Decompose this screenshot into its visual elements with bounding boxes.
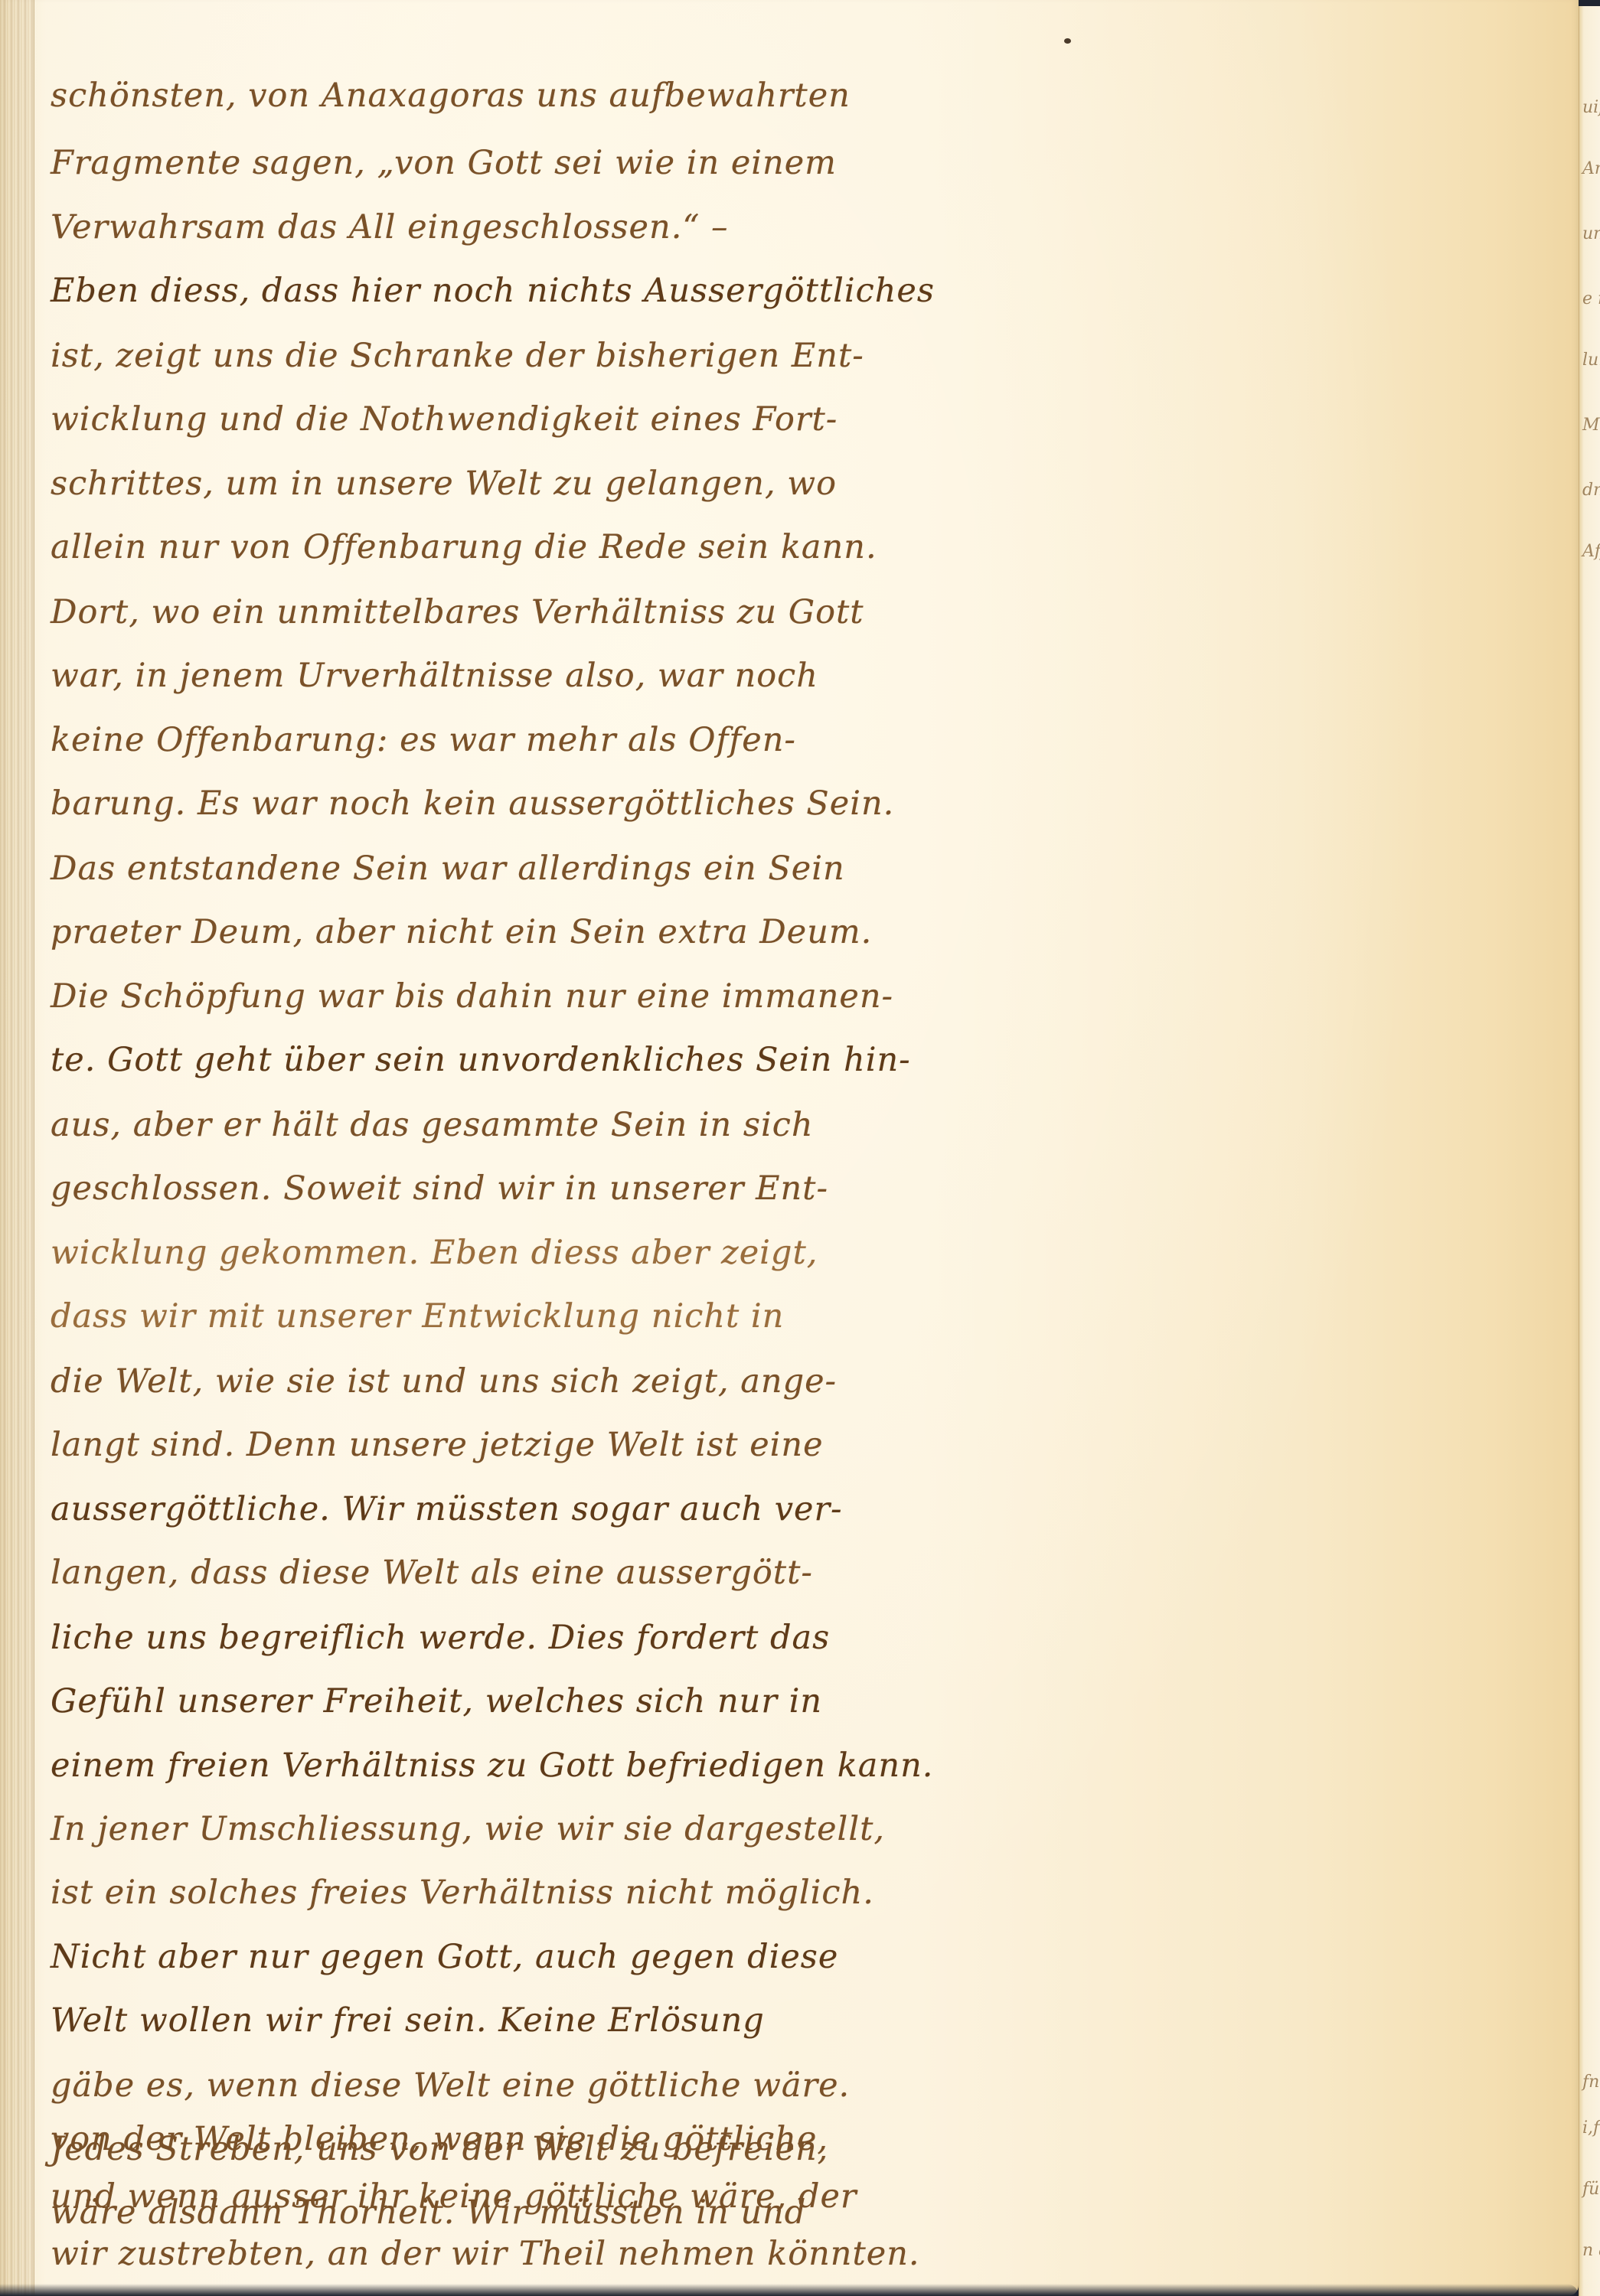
manuscript-line: Das entstandene Sein war allerdings ein … [51,850,845,888]
adjacent-page-fragment: Ansbs [1582,159,1600,178]
adjacent-page-fragment: fnr [1582,2073,1600,2092]
manuscript-line: Verwahrsam das All eingeschlossen.“ – [51,208,729,246]
manuscript-line: die Welt, wie sie ist und uns sich zeigt… [51,1362,837,1401]
manuscript-line: Nicht aber nur gegen Gott, auch gegen di… [51,1938,838,1976]
adjacent-page-fragment: Mann [1582,416,1600,435]
adjacent-page-fragment: Affif [1582,542,1600,561]
adjacent-page-fragment: i,fin [1582,2118,1600,2138]
manuscript-line: Eben diess, dass hier noch nichts Ausser… [51,272,935,310]
manuscript-line: langen, dass diese Welt als eine ausserg… [51,1554,813,1592]
adjacent-page-fragment: e nog [1582,289,1600,308]
manuscript-line: te. Gott geht über sein unvordenkliches … [51,1041,911,1079]
adjacent-page-edge: uif u Ansbs und b e nog lung f Mann dn w… [1579,6,1600,2296]
adjacent-page-fragment: und b [1582,224,1600,243]
manuscript-line: geschlossen. Soweit sind wir in unserer … [51,1169,828,1208]
manuscript-line: wicklung und die Nothwendigkeit eines Fo… [51,400,838,439]
adjacent-page-fragment: lung f [1582,351,1600,370]
manuscript-line: Fragmente sagen, „von Gott sei wie in ei… [51,144,837,182]
manuscript-line: keine Offenbarung: es war mehr als Offen… [51,721,796,759]
manuscript-line: wicklung gekommen. Eben diess aber zeigt… [51,1234,818,1272]
manuscript-line: aus, aber er hält das gesammte Sein in s… [51,1106,814,1144]
manuscript-line: wir zustrebten, an der wir Theil nehmen … [51,2235,920,2273]
page-stack-edge [0,0,34,2296]
manuscript-line: und wenn ausser ihr keine göttliche wäre… [51,2177,857,2216]
page-bottom-shadow [0,2284,1579,2296]
scanned-manuscript: schönsten, von Anaxagoras uns aufbewahrt… [0,0,1600,2296]
manuscript-line: dass wir mit unserer Entwicklung nicht i… [51,1297,784,1336]
manuscript-line: Welt wollen wir frei sein. Keine Erlösun… [51,2001,765,2040]
adjacent-page-fragment: füng [1582,2180,1600,2199]
manuscript-line: ist, zeigt uns die Schranke der bisherig… [51,337,864,375]
manuscript-line: schönsten, von Anaxagoras uns aufbewahrt… [51,77,851,115]
manuscript-line: langt sind. Denn unsere jetzige Welt ist… [51,1426,824,1464]
manuscript-line: aussergöttliche. Wir müssten sogar auch … [51,1490,843,1528]
manuscript-line: gäbe es, wenn diese Welt eine göttliche … [51,2066,850,2105]
adjacent-page-fragment: dn wi [1582,481,1600,500]
manuscript-line: war, in jenem Urverhältnisse also, war n… [51,657,818,695]
manuscript-line: einem freien Verhältniss zu Gott befried… [51,1746,933,1785]
manuscript-page: schönsten, von Anaxagoras uns aufbewahrt… [0,0,1579,2296]
manuscript-line: Die Schöpfung war bis dahin nur eine imm… [51,977,893,1016]
manuscript-line: praeter Deum, aber nicht ein Sein extra … [51,913,872,951]
adjacent-page-fragment: uif u [1582,98,1600,117]
manuscript-line: ist ein solches freies Verhältniss nicht… [51,1874,874,1912]
manuscript-line: Gefühl unserer Freiheit, welches sich nu… [51,1682,822,1720]
manuscript-line: barung. Es war noch kein aussergöttliche… [51,784,894,823]
manuscript-line: liche uns begreiflich werde. Dies forder… [51,1619,830,1657]
ink-blot [1064,38,1071,44]
manuscript-line: allein nur von Offenbarung die Rede sein… [51,528,877,566]
adjacent-page-fragment: n au [1582,2241,1600,2260]
manuscript-line: von der Welt bleiben, wenn sie die göttl… [51,2120,828,2158]
manuscript-line: In jener Umschliessung, wie wir sie darg… [51,1810,885,1848]
manuscript-line: Dort, wo ein unmittelbares Verhältniss z… [51,593,864,631]
manuscript-line: schrittes, um in unsere Welt zu gelangen… [51,465,837,503]
